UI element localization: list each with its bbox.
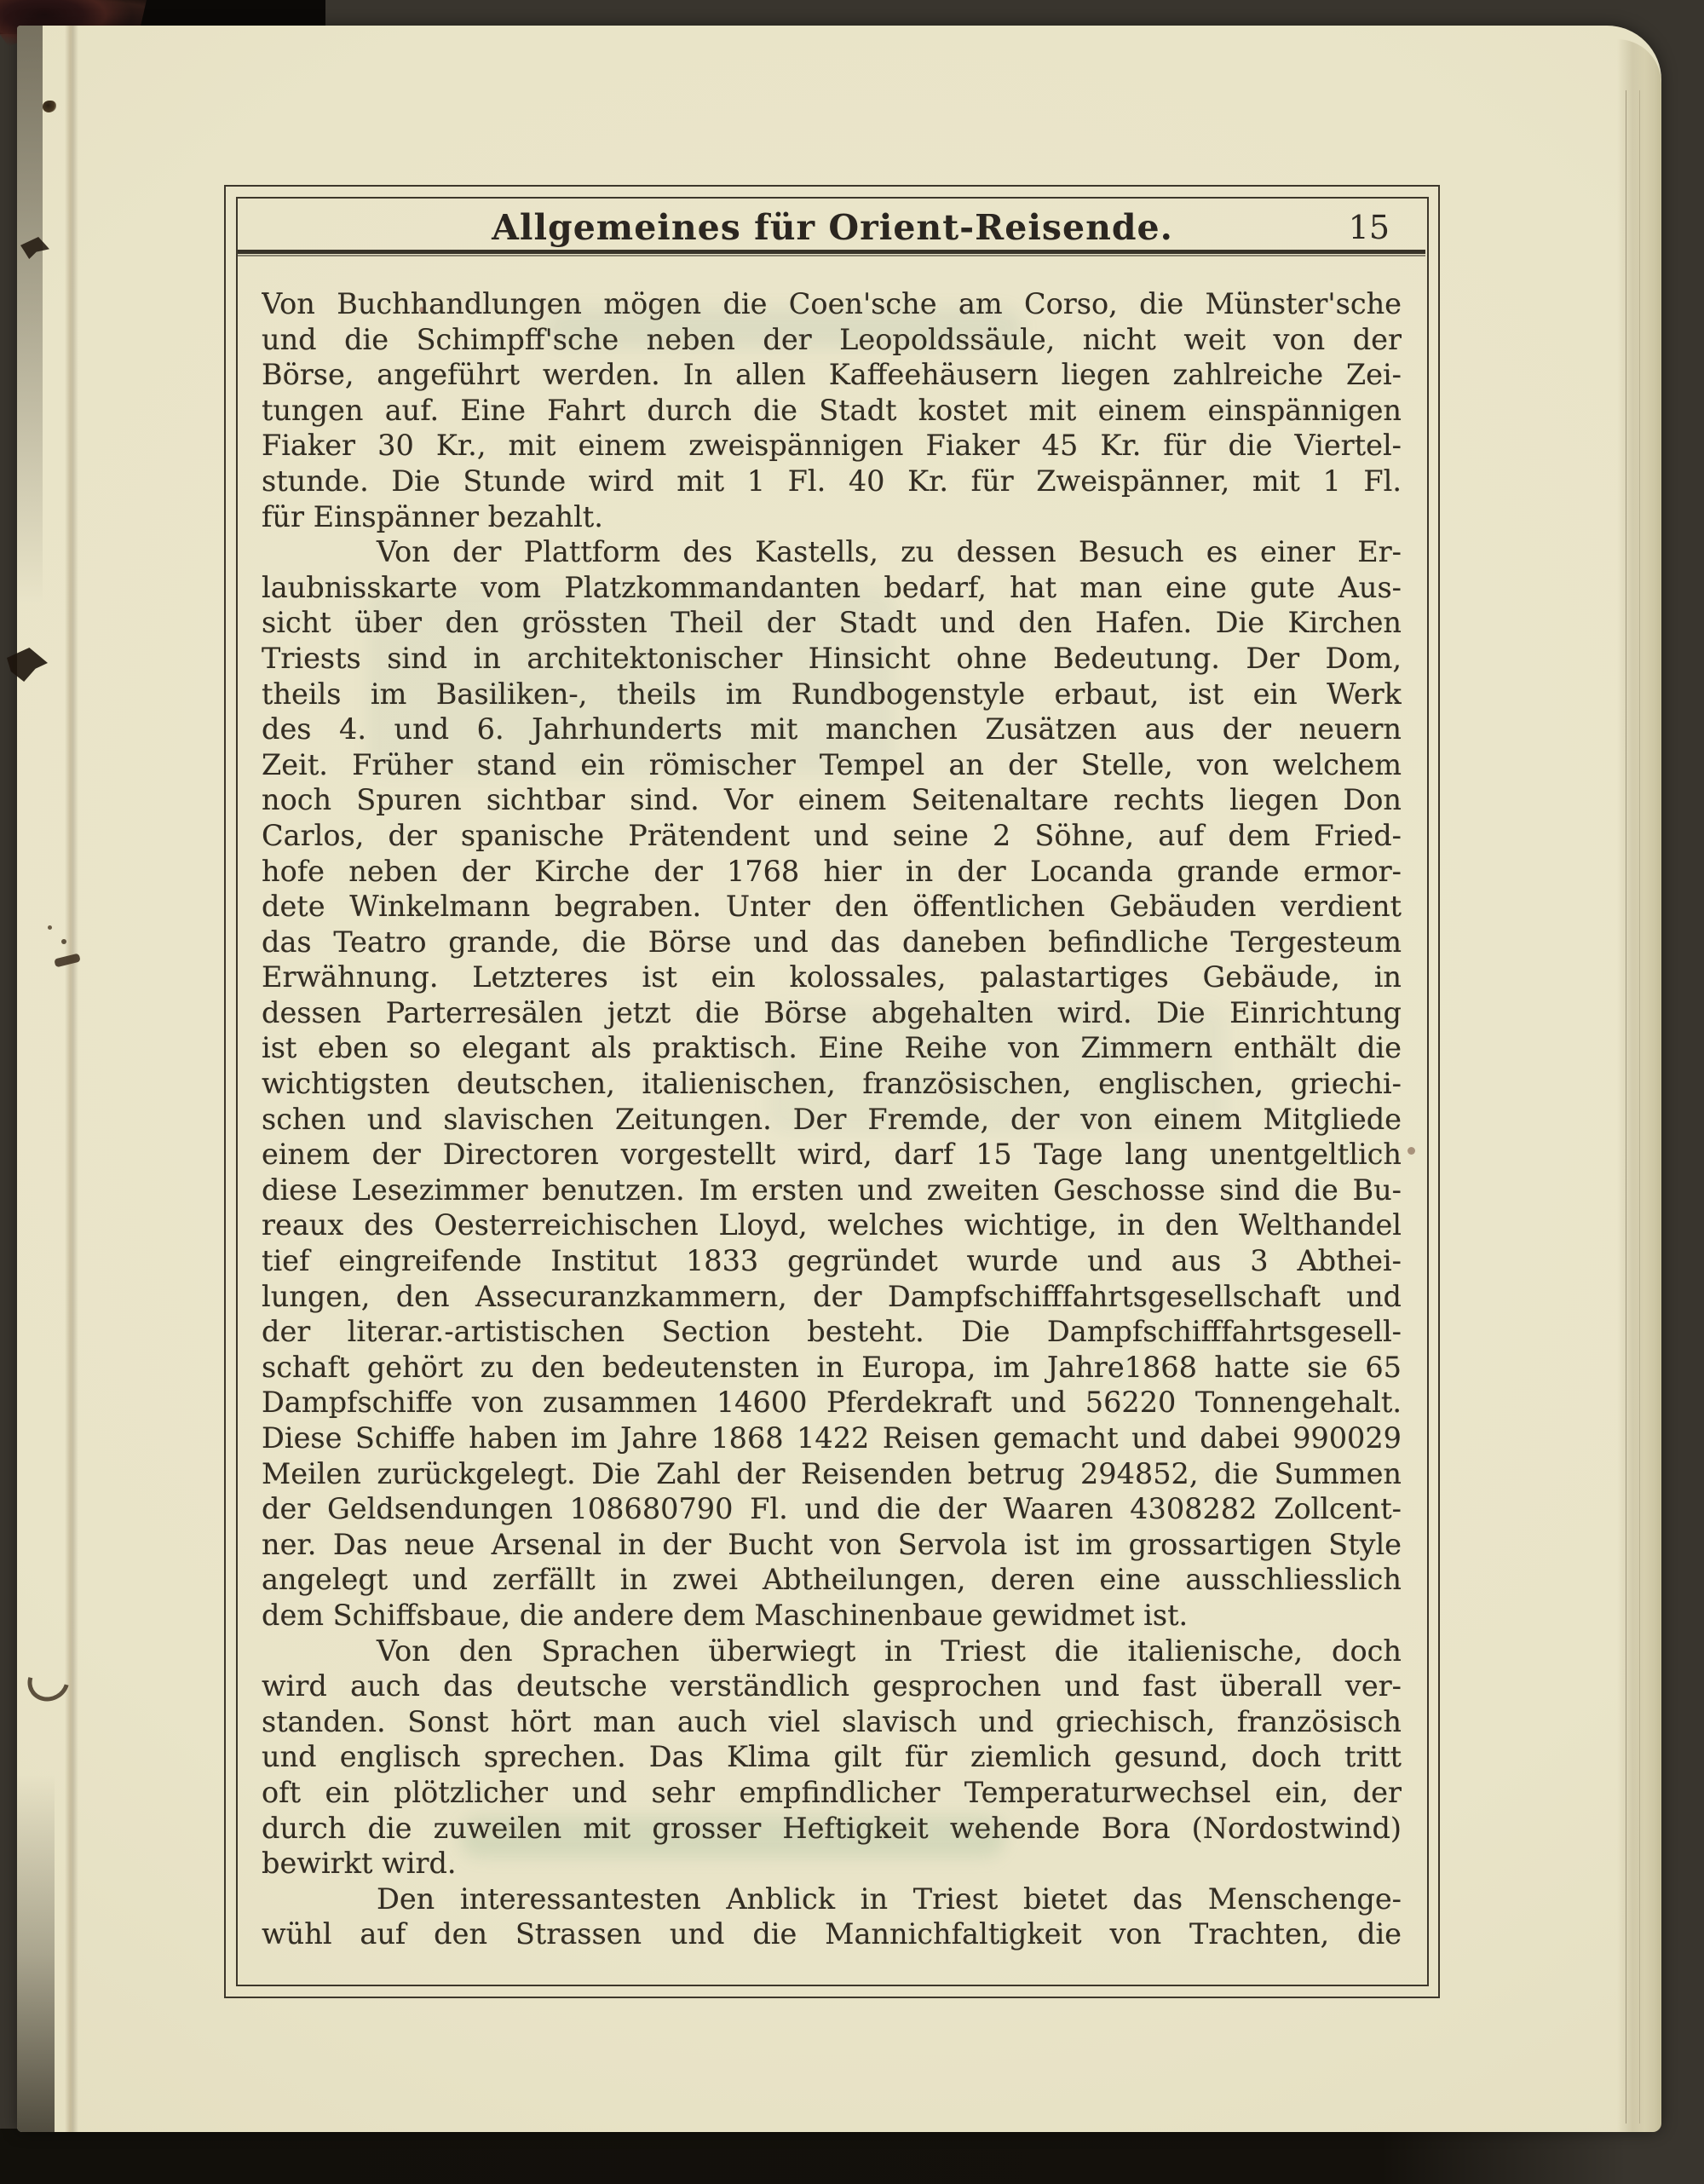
- text-line: der literar.-artistischen Section besteh…: [262, 1314, 1402, 1350]
- spine-shadow-top: [17, 26, 43, 605]
- text-line: Diese Schiffe haben im Jahre 1868 1422 R…: [262, 1420, 1402, 1456]
- scanned-book-photo: { "page": { "header": { "title": "Allgem…: [0, 0, 1704, 2184]
- text-line: und englisch sprechen. Das Klima gilt fü…: [262, 1739, 1402, 1775]
- text-line: wühl auf den Strassen und die Mannichfal…: [262, 1916, 1402, 1952]
- text-line: ist eben so elegant als praktisch. Eine …: [262, 1030, 1402, 1066]
- text-line: sicht über den grössten Theil der Stadt …: [262, 605, 1402, 641]
- page-edge-stack: [1617, 39, 1661, 2132]
- text-line: Meilen zurückgelegt. Die Zahl der Reisen…: [262, 1456, 1402, 1492]
- text-line: ner. Das neue Arsenal in der Bucht von S…: [262, 1527, 1402, 1563]
- page-edge-line: [1639, 90, 1640, 2123]
- text-line: Fiaker 30 Kr., mit einem zweispännigen F…: [262, 428, 1402, 464]
- header-rule: [238, 250, 1425, 256]
- page-title: Allgemeines für Orient-Reisende.: [239, 204, 1425, 251]
- text-line: Von den Sprachen überwiegt in Triest die…: [262, 1634, 1402, 1669]
- text-line: Carlos, der spanische Prätendent und sei…: [262, 818, 1402, 854]
- page-number: 15: [1349, 204, 1390, 251]
- text-line: schen und slavischen Zeitungen. Der Frem…: [262, 1102, 1402, 1138]
- text-line: dessen Parterresälen jetzt die Börse abg…: [262, 995, 1402, 1031]
- text-line: dete Winkelmann begraben. Unter den öffe…: [262, 889, 1402, 925]
- text-line: lungen, den Assecuranzkammern, der Dampf…: [262, 1279, 1402, 1315]
- spine-shadow-bottom: [17, 1774, 55, 2132]
- cover-edge-bottom: [0, 2129, 1626, 2184]
- gutter-crease: [65, 26, 78, 2132]
- text-line: für Einspänner bezahlt.: [262, 499, 1402, 535]
- text-line: durch die zuweilen mit grosser Heftigkei…: [262, 1811, 1402, 1847]
- paper-speck: [48, 925, 52, 930]
- text-line: Von der Plattform des Kastells, zu desse…: [262, 534, 1402, 570]
- text-line: hofe neben der Kirche der 1768 hier in d…: [262, 854, 1402, 890]
- text-line: theils im Basiliken-, theils im Rundboge…: [262, 677, 1402, 712]
- text-line: Dampfschiffe von zusammen 14600 Pferdekr…: [262, 1385, 1402, 1420]
- text-line: schaft gehört zu den bedeutensten in Eur…: [262, 1350, 1402, 1386]
- text-line: wird auch das deutsche verständlich gesp…: [262, 1668, 1402, 1704]
- text-line: des 4. und 6. Jahrhunderts mit manchen Z…: [262, 712, 1402, 747]
- text-line: und die Schimpff'sche neben der Leopolds…: [262, 322, 1402, 358]
- text-line: stunde. Die Stunde wird mit 1 Fl. 40 Kr.…: [262, 464, 1402, 499]
- text-line: Den interessantesten Anblick in Triest b…: [262, 1881, 1402, 1917]
- text-line: das Teatro grande, die Börse und das dan…: [262, 925, 1402, 960]
- text-line: einem der Directoren vorgestellt wird, d…: [262, 1137, 1402, 1173]
- text-line: dem Schiffsbaue, die andere dem Maschine…: [262, 1598, 1402, 1634]
- paper-speck: [61, 939, 66, 944]
- text-line: noch Spuren sichtbar sind. Vor einem Sei…: [262, 782, 1402, 818]
- text-line: Von Buchhandlungen mögen die Coen'sche a…: [262, 286, 1402, 322]
- text-line: Zeit. Früher stand ein römischer Tempel …: [262, 747, 1402, 783]
- text-line: Erwähnung. Letzteres ist ein kolossales,…: [262, 959, 1402, 995]
- page-edge-line: [1626, 90, 1626, 2123]
- text-line: standen. Sonst hört man auch viel slavis…: [262, 1704, 1402, 1740]
- text-line: reaux des Oesterreichischen Lloyd, welch…: [262, 1207, 1402, 1243]
- text-line: tief eingreifende Institut 1833 gegründe…: [262, 1243, 1402, 1279]
- running-head: Allgemeines für Orient-Reisende. 15: [239, 204, 1425, 251]
- text-line: oft ein plötzlicher und sehr empfindlich…: [262, 1775, 1402, 1811]
- text-block: Von Buchhandlungen mögen die Coen'sche a…: [262, 286, 1402, 1952]
- text-line: bewirkt wird.: [262, 1846, 1402, 1881]
- text-line: angelegt und zerfällt in zwei Abtheilung…: [262, 1562, 1402, 1598]
- text-line: laubnisskarte vom Platzkommandanten beda…: [262, 570, 1402, 606]
- text-line: tungen auf. Eine Fahrt durch die Stadt k…: [262, 393, 1402, 429]
- text-line: Triests sind in architektonischer Hinsic…: [262, 641, 1402, 677]
- text-line: diese Lesezimmer benutzen. Im ersten und…: [262, 1173, 1402, 1208]
- text-line: wichtigsten deutschen, italienischen, fr…: [262, 1066, 1402, 1102]
- text-line: der Geldsendungen 108680790 Fl. und die …: [262, 1491, 1402, 1527]
- text-line: Börse, angeführt werden. In allen Kaffee…: [262, 357, 1402, 393]
